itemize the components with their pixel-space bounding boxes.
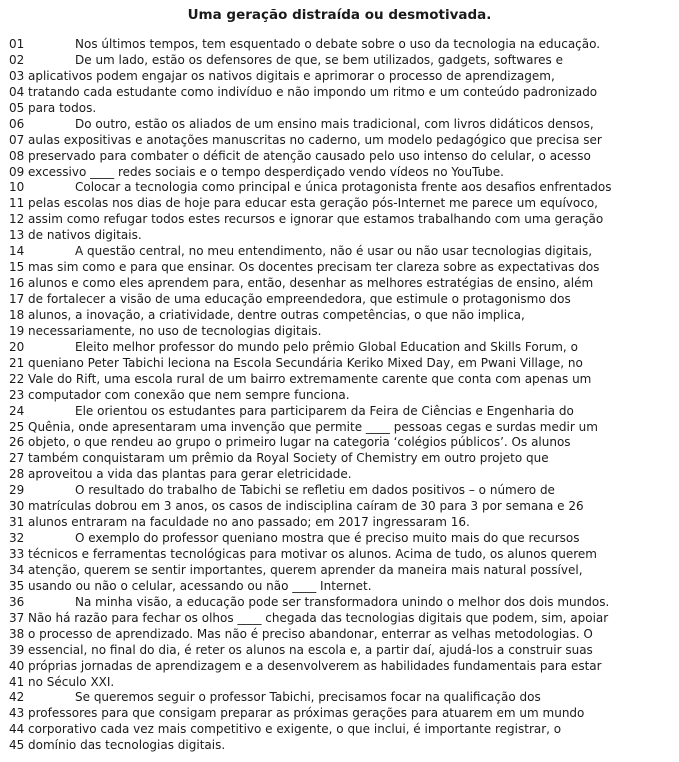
text-line: 24Ele orientou os estudantes para partic… [0,404,679,420]
line-number: 45 [9,738,24,754]
line-text: computador com conexão que nem sempre fu… [28,388,672,404]
line-text: Se queremos seguir o professor Tabichi, … [28,690,672,706]
line-text: mas sim como e para que ensinar. Os doce… [28,260,672,276]
line-text: técnicos e ferramentas tecnológicas para… [28,547,672,563]
line-number: 23 [9,388,24,404]
text-line: 20Eleito melhor professor do mundo pelo … [0,340,679,356]
line-number: 24 [9,404,24,420]
line-number: 05 [9,101,24,117]
line-text: de fortalecer a visão de uma educação em… [28,292,672,308]
line-text: atenção, querem se sentir importantes, q… [28,563,672,579]
line-text: aulas expositivas e anotações manuscrita… [28,133,672,149]
line-number: 17 [9,292,24,308]
line-text: Nos últimos tempos, tem esquentado o deb… [28,37,672,53]
text-line: 31alunos entraram na faculdade no ano pa… [0,515,679,531]
line-number: 07 [9,133,24,149]
line-number: 40 [9,659,24,675]
line-text: Na minha visão, a educação pode ser tran… [28,595,672,611]
text-line: 27também conquistaram um prêmio da Royal… [0,451,679,467]
text-line: 08preservado para combater o déficit de … [0,149,679,165]
text-line: 05para todos. [0,101,679,117]
text-line: 07aulas expositivas e anotações manuscri… [0,133,679,149]
text-line: 30matrículas dobrou em 3 anos, os casos … [0,499,679,515]
text-line: 19necessariamente, no uso de tecnologias… [0,324,679,340]
line-number: 01 [9,37,24,53]
line-text: professores para que consigam preparar a… [28,706,672,722]
line-number: 35 [9,579,24,595]
line-text: Colocar a tecnologia como principal e ún… [28,180,672,196]
text-line: 11pelas escolas nos dias de hoje para ed… [0,196,679,212]
line-number: 42 [9,690,24,706]
text-line: 04tratando cada estudante como indivíduo… [0,85,679,101]
line-text: no Século XXI. [28,675,672,691]
line-text: preservado para combater o déficit de at… [28,149,672,165]
text-line: 16alunos e como eles aprendem para, entã… [0,276,679,292]
line-text: usando ou não o celular, acessando ou nã… [28,579,672,595]
line-number: 16 [9,276,24,292]
text-line: 10Colocar a tecnologia como principal e … [0,180,679,196]
line-text: domínio das tecnologias digitais. [28,738,672,754]
line-text: matrículas dobrou em 3 anos, os casos de… [28,499,672,515]
line-text: Eleito melhor professor do mundo pelo pr… [28,340,672,356]
line-text: para todos. [28,101,672,117]
line-number: 37 [9,611,24,627]
line-number: 30 [9,499,24,515]
text-line: 12assim como refugar todos estes recurso… [0,212,679,228]
line-number: 13 [9,228,24,244]
line-text: alunos, a inovação, a criatividade, dent… [28,308,672,324]
text-line: 34atenção, querem se sentir importantes,… [0,563,679,579]
text-line: 23computador com conexão que nem sempre … [0,388,679,404]
text-line: 13de nativos digitais. [0,228,679,244]
line-text: de nativos digitais. [28,228,672,244]
line-number: 14 [9,244,24,260]
line-text: alunos entraram na faculdade no ano pass… [28,515,672,531]
text-line: 45domínio das tecnologias digitais. [0,738,679,754]
line-number: 28 [9,467,24,483]
line-number: 22 [9,372,24,388]
line-number: 29 [9,483,24,499]
line-text: De um lado, estão os defensores de que, … [28,53,672,69]
text-line: 41no Século XXI. [0,675,679,691]
text-line: 21queniano Peter Tabichi leciona na Esco… [0,356,679,372]
text-line: 37Não há razão para fechar os olhos ____… [0,611,679,627]
line-text: corporativo cada vez mais competitivo e … [28,722,672,738]
line-number: 20 [9,340,24,356]
text-line: 29O resultado do trabalho de Tabichi se … [0,483,679,499]
line-number: 43 [9,706,24,722]
line-text: objeto, o que rendeu ao grupo o primeiro… [28,435,672,451]
text-line: 18alunos, a inovação, a criatividade, de… [0,308,679,324]
line-text: O exemplo do professor queniano mostra q… [28,531,672,547]
line-text: Vale do Rift, uma escola rural de um bai… [28,372,672,388]
line-number: 27 [9,451,24,467]
text-line: 42Se queremos seguir o professor Tabichi… [0,690,679,706]
line-number: 34 [9,563,24,579]
line-text: essencial, no final do dia, é reter os a… [28,643,672,659]
line-text: pelas escolas nos dias de hoje para educ… [28,196,672,212]
text-line: 40próprias jornadas de aprendizagem e a … [0,659,679,675]
line-number: 38 [9,627,24,643]
line-text: Não há razão para fechar os olhos ____ c… [28,611,672,627]
line-number: 44 [9,722,24,738]
line-number: 39 [9,643,24,659]
text-line: 15mas sim como e para que ensinar. Os do… [0,260,679,276]
text-line: 09excessivo ____ redes sociais e o tempo… [0,165,679,181]
line-text: excessivo ____ redes sociais e o tempo d… [28,165,672,181]
line-text: Do outro, estão os aliados de um ensino … [28,117,672,133]
line-number: 10 [9,180,24,196]
text-line: 22Vale do Rift, uma escola rural de um b… [0,372,679,388]
line-number: 03 [9,69,24,85]
line-number: 36 [9,595,24,611]
text-line: 35usando ou não o celular, acessando ou … [0,579,679,595]
line-number: 33 [9,547,24,563]
line-number: 15 [9,260,24,276]
line-number: 18 [9,308,24,324]
text-line: 43professores para que consigam preparar… [0,706,679,722]
line-text: aproveitou a vida das plantas para gerar… [28,467,672,483]
text-line: 25Quênia, onde apresentaram uma invenção… [0,420,679,436]
text-line: 38o processo de aprendizado. Mas não é p… [0,627,679,643]
text-line: 44corporativo cada vez mais competitivo … [0,722,679,738]
line-text: Quênia, onde apresentaram uma invenção q… [28,420,672,436]
page-title: Uma geração distraída ou desmotivada. [0,0,679,24]
line-text: aplicativos podem engajar os nativos dig… [28,69,672,85]
text-line: 28aproveitou a vida das plantas para ger… [0,467,679,483]
line-number: 08 [9,149,24,165]
line-text: próprias jornadas de aprendizagem e a de… [28,659,672,675]
line-text: também conquistaram um prêmio da Royal S… [28,451,672,467]
text-line: 03aplicativos podem engajar os nativos d… [0,69,679,85]
text-line: 32O exemplo do professor queniano mostra… [0,531,679,547]
line-text: assim como refugar todos estes recursos … [28,212,672,228]
text-line: 39essencial, no final do dia, é reter os… [0,643,679,659]
line-number: 25 [9,420,24,436]
text-line: 14A questão central, no meu entendimento… [0,244,679,260]
line-number: 32 [9,531,24,547]
line-number: 02 [9,53,24,69]
line-text: necessariamente, no uso de tecnologias d… [28,324,672,340]
line-number: 21 [9,356,24,372]
line-text: queniano Peter Tabichi leciona na Escola… [28,356,672,372]
text-line: 02De um lado, estão os defensores de que… [0,53,679,69]
line-text: alunos e como eles aprendem para, então,… [28,276,672,292]
text-line: 33técnicos e ferramentas tecnológicas pa… [0,547,679,563]
line-number: 04 [9,85,24,101]
line-text: Ele orientou os estudantes para particip… [28,404,672,420]
line-number: 09 [9,165,24,181]
line-text: A questão central, no meu entendimento, … [28,244,672,260]
text-lines: 01Nos últimos tempos, tem esquentado o d… [0,37,679,754]
line-number: 11 [9,196,24,212]
line-number: 26 [9,435,24,451]
text-line: 01Nos últimos tempos, tem esquentado o d… [0,37,679,53]
text-line: 17de fortalecer a visão de uma educação … [0,292,679,308]
line-text: o processo de aprendizado. Mas não é pre… [28,627,672,643]
line-number: 06 [9,117,24,133]
line-number: 12 [9,212,24,228]
text-line: 26objeto, o que rendeu ao grupo o primei… [0,435,679,451]
text-line: 06Do outro, estão os aliados de um ensin… [0,117,679,133]
line-number: 31 [9,515,24,531]
line-number: 41 [9,675,24,691]
line-text: tratando cada estudante como indivíduo e… [28,85,672,101]
line-number: 19 [9,324,24,340]
document-page: { "document": { "title": "Uma geração di… [0,0,679,762]
text-line: 36Na minha visão, a educação pode ser tr… [0,595,679,611]
line-text: O resultado do trabalho de Tabichi se re… [28,483,672,499]
